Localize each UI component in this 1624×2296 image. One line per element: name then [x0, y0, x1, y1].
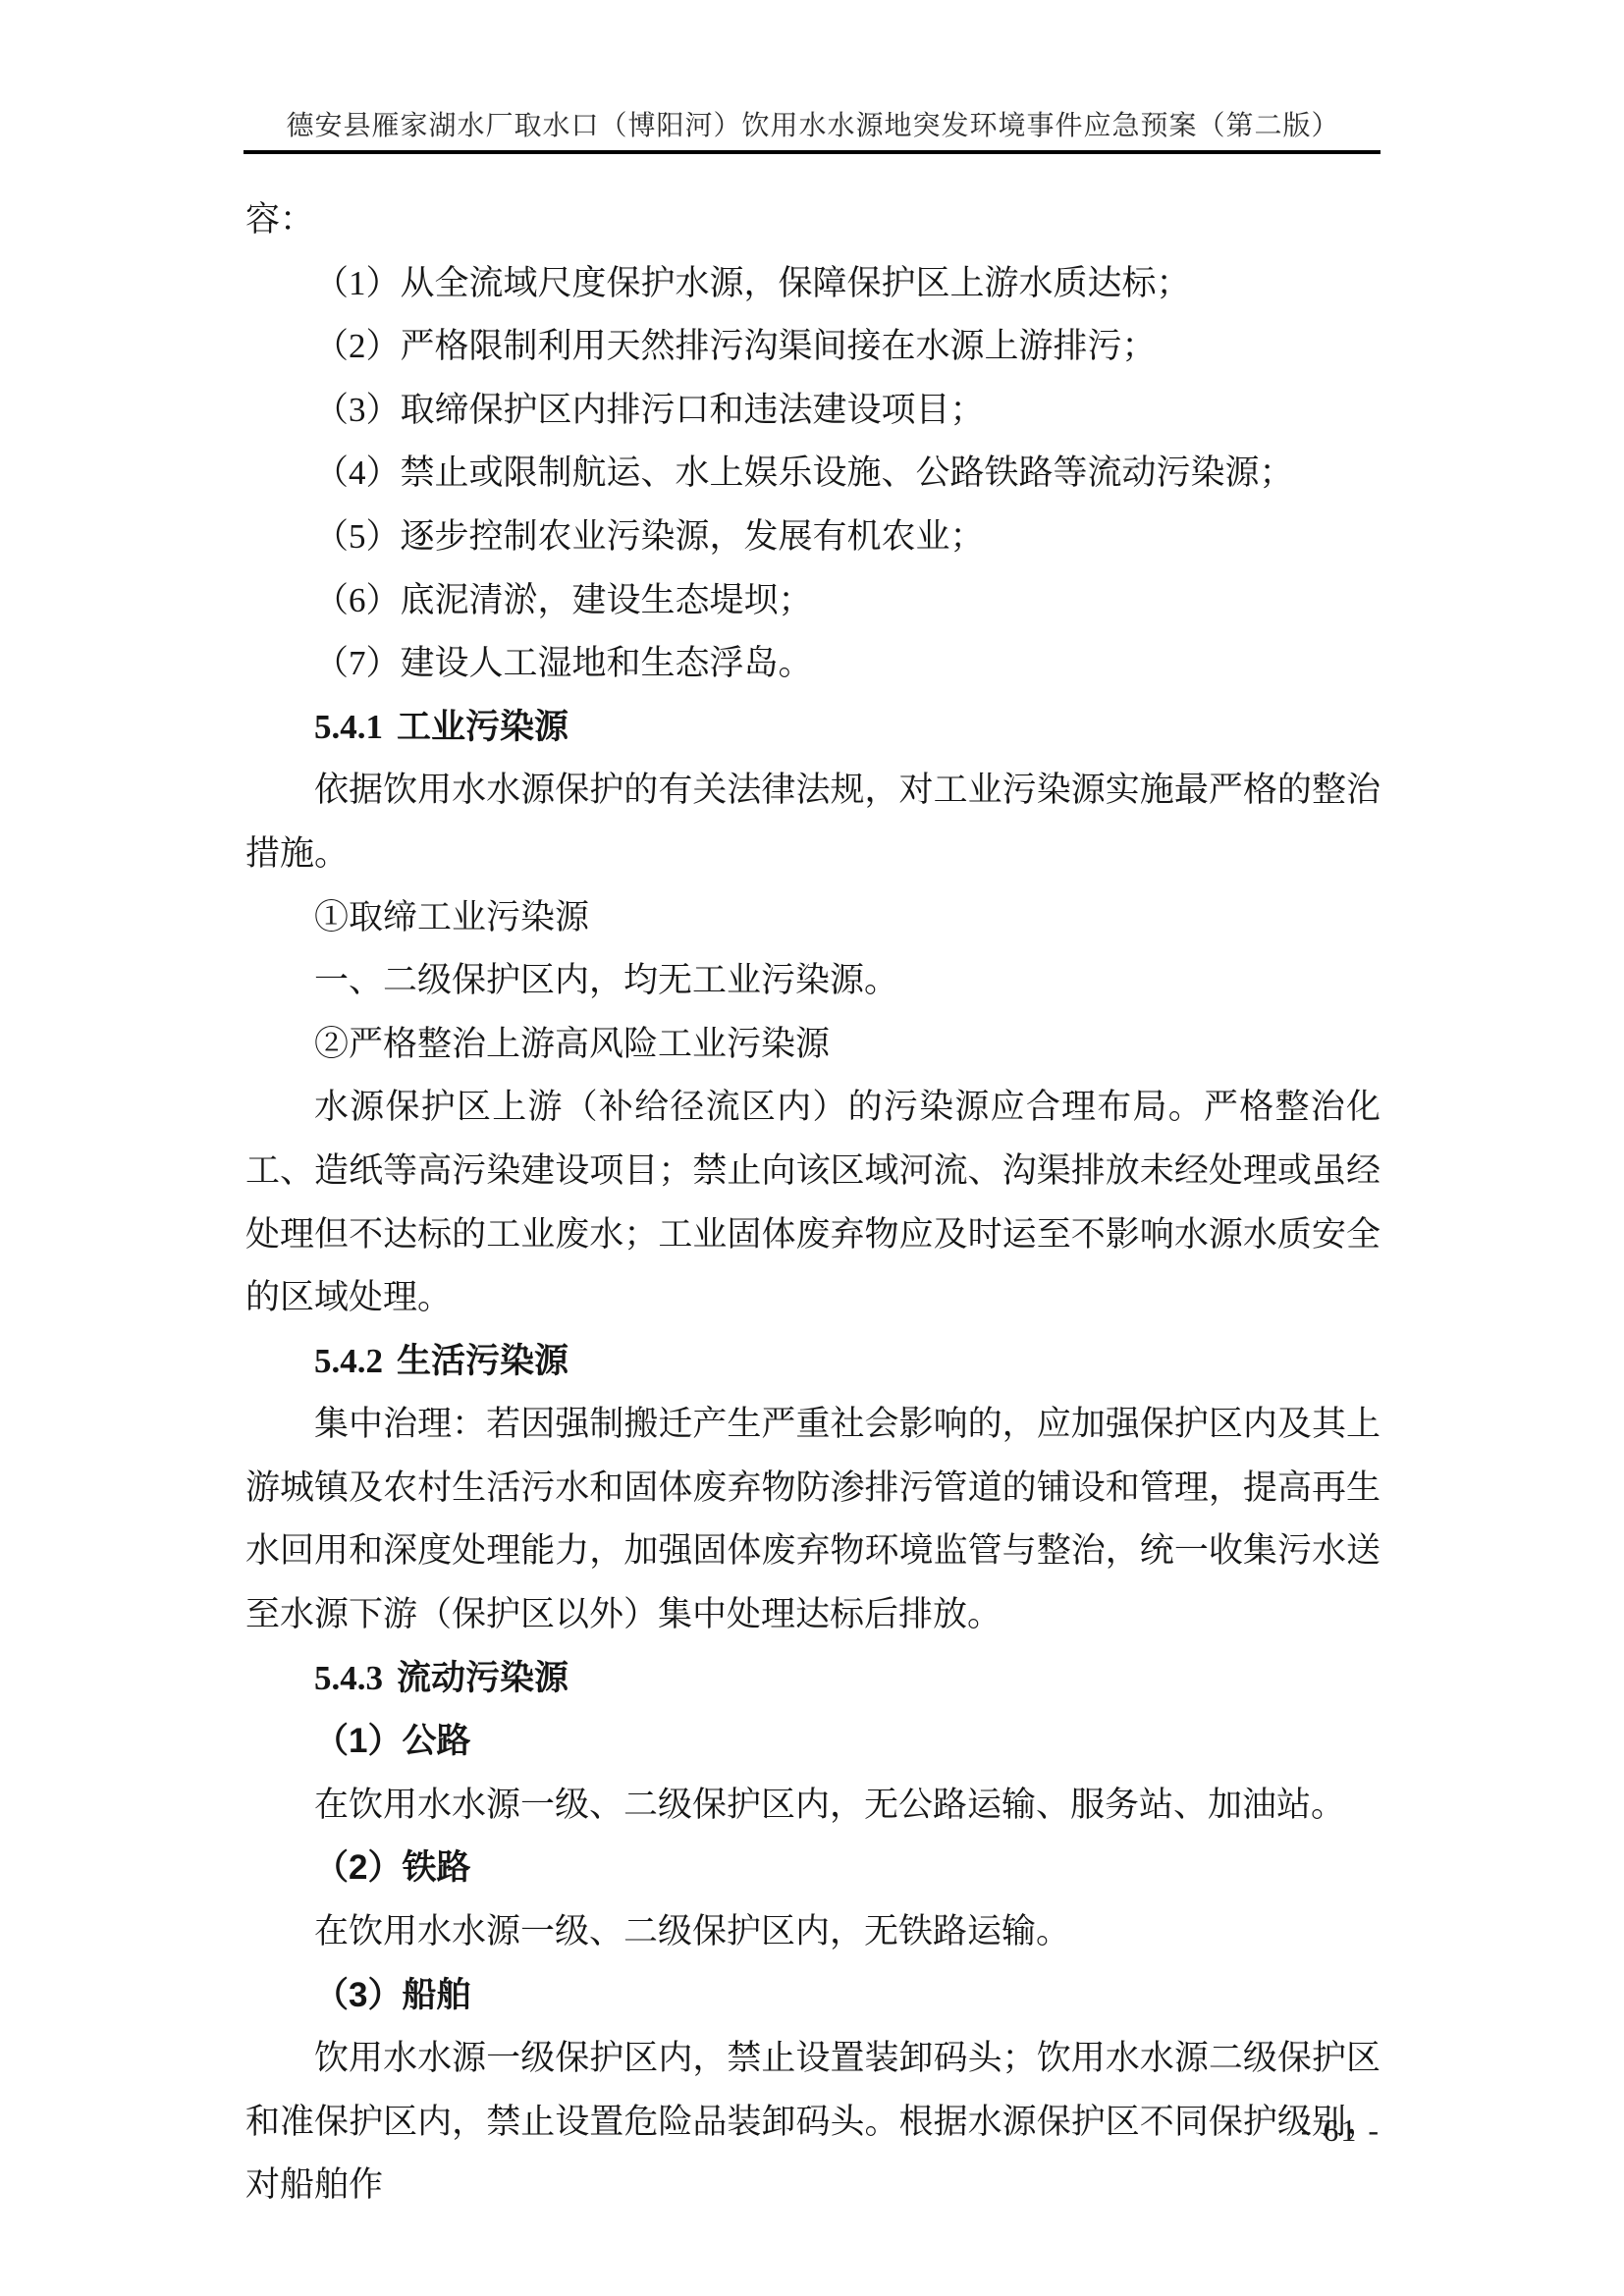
subsection-railway-paragraph: 在饮用水水源一级、二级保护区内，无铁路运输。 [245, 1900, 1380, 1964]
section-542-paragraph-1: 集中治理：若因强制搬迁产生严重社会影响的，应加强保护区内及其上游城镇及农村生活污… [245, 1393, 1380, 1646]
page-number: - 61 - [245, 2112, 1380, 2149]
list-item-3: （3）取缔保护区内排污口和违法建设项目； [245, 379, 1380, 443]
section-541-paragraph-1: 依据饮用水水源保护的有关法律法规，对工业污染源实施最严格的整治措施。 [245, 759, 1380, 885]
section-number-543: 5.4.3 [314, 1659, 383, 1697]
section-title-542: 生活污染源 [397, 1342, 568, 1380]
subsection-heading-railway: （2）铁路 [245, 1837, 1380, 1900]
subsection-road-paragraph: 在饮用水水源一级、二级保护区内，无公路运输、服务站、加油站。 [245, 1774, 1380, 1838]
header-rule [244, 150, 1380, 154]
list-item-1: （1）从全流域尺度保护水源，保障保护区上游水质达标； [245, 252, 1380, 316]
list-item-7: （7）建设人工湿地和生态浮岛。 [245, 632, 1380, 696]
section-title-541: 工业污染源 [397, 708, 568, 746]
section-title-543: 流动污染源 [397, 1659, 568, 1697]
list-item-5: （5）逐步控制农业污染源，发展有机农业； [245, 506, 1380, 569]
list-item-4: （4）禁止或限制航运、水上娱乐设施、公路铁路等流动污染源； [245, 442, 1380, 506]
subsection-heading-road: （1）公路 [245, 1710, 1380, 1774]
subsection-heading-ship: （3）船舶 [245, 1964, 1380, 2028]
section-heading-542: 5.4.2生活污染源 [245, 1330, 1380, 1394]
paragraph-continuation: 容： [245, 188, 1380, 252]
list-item-2: （2）严格限制利用天然排污沟渠间接在水源上游排污； [245, 315, 1380, 379]
section-number-542: 5.4.2 [314, 1342, 383, 1380]
section-541-paragraph-3: 一、二级保护区内，均无工业污染源。 [245, 949, 1380, 1013]
document-page: 德安县雁家湖水厂取水口（博阳河）饮用水水源地突发环境事件应急预案（第二版） 容：… [0, 0, 1624, 2296]
page-header-title: 德安县雁家湖水厂取水口（博阳河）饮用水水源地突发环境事件应急预案（第二版） [245, 104, 1380, 143]
section-541-paragraph-5: 水源保护区上游（补给径流区内）的污染源应合理布局。严格整治化工、造纸等高污染建设… [245, 1076, 1380, 1329]
section-number-541: 5.4.1 [314, 708, 383, 746]
document-body: 容： （1）从全流域尺度保护水源，保障保护区上游水质达标； （2）严格限制利用天… [245, 188, 1380, 2217]
section-541-paragraph-4: ②严格整治上游高风险工业污染源 [245, 1013, 1380, 1077]
section-541-paragraph-2: ①取缔工业污染源 [245, 886, 1380, 950]
list-item-6: （6）底泥清淤，建设生态堤坝； [245, 569, 1380, 633]
section-heading-543: 5.4.3流动污染源 [245, 1647, 1380, 1711]
section-heading-541: 5.4.1工业污染源 [245, 696, 1380, 760]
